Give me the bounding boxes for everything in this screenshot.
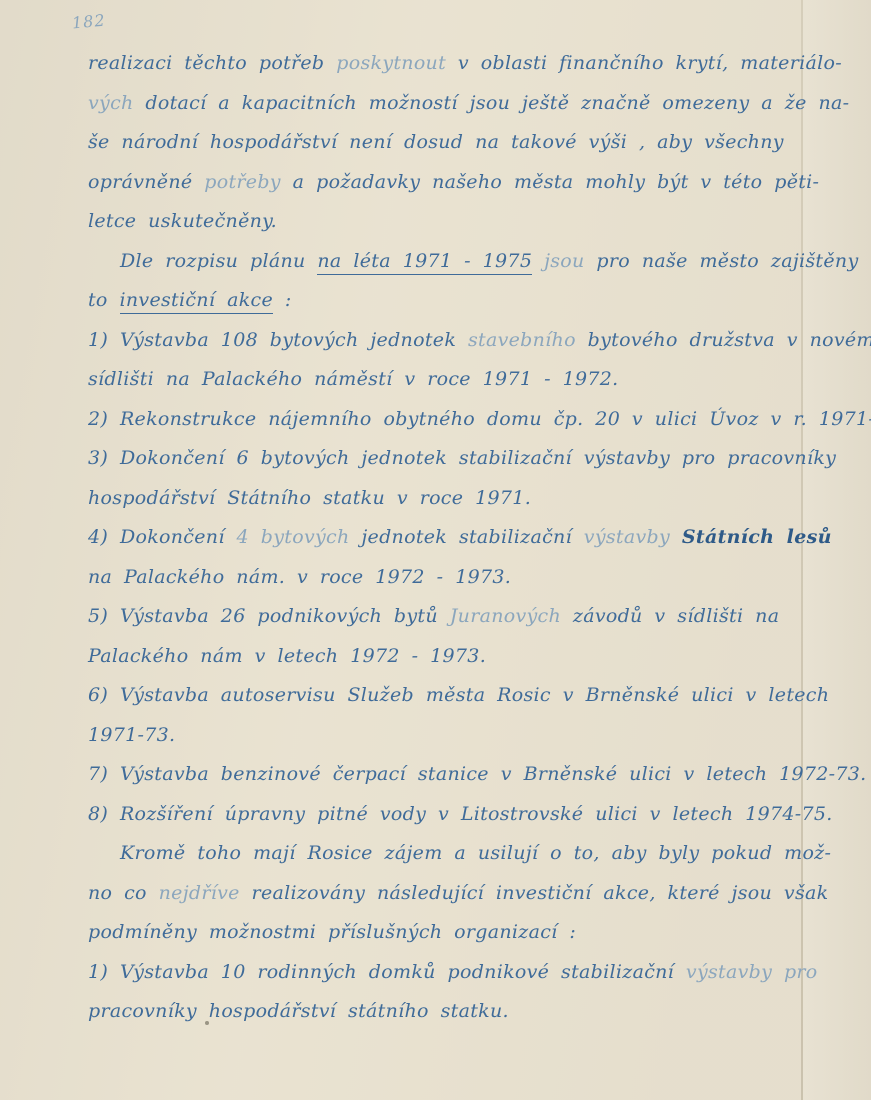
- handwritten-line: pracovníky hospodářství státního statku.: [88, 992, 824, 1032]
- handwritten-line: Dle rozpisu plánu na léta 1971 - 1975 js…: [88, 242, 824, 282]
- handwritten-line: na Palackého nám. v roce 1972 - 1973.: [88, 558, 824, 598]
- text-segment: v oblasti finančního krytí, materiálo-: [446, 52, 842, 74]
- list-item: 6) Výstavba autoservisu Služeb města Ros…: [88, 676, 824, 755]
- list-item: 2) Rekonstrukce nájemního obytného domu …: [88, 400, 824, 440]
- handwritten-line: realizaci těchto potřeb poskytnout v obl…: [88, 44, 824, 84]
- handwritten-line: 7) Výstavba benzinové čerpací stanice v …: [88, 755, 824, 795]
- list-item: 3) Dokončení 6 bytových jednotek stabili…: [88, 439, 824, 518]
- handwritten-line: podmíněny možnostmi příslušných organiza…: [88, 913, 824, 953]
- list-item: 1) Výstavba 10 rodinných domků podnikové…: [88, 953, 824, 1032]
- handwritten-line: 1) Výstavba 10 rodinných domků podnikové…: [88, 953, 824, 993]
- text-segment: realizovány následující investiční akce,…: [240, 882, 829, 904]
- text-segment: závodů v sídlišti na: [561, 605, 779, 627]
- text-segment: dotací a kapacitních možností jsou ještě…: [134, 92, 850, 114]
- text-segment: na Palackého nám. v roce 1972 - 1973.: [88, 566, 511, 588]
- handwritten-line: no co nejdříve realizovány následující i…: [88, 874, 824, 914]
- handwritten-line: hospodářství Státního statku v roce 1971…: [88, 479, 824, 519]
- text-segment: sídlišti na Palackého náměstí v roce 197…: [88, 368, 619, 390]
- handwritten-line: 1) Výstavba 108 bytových jednotek staveb…: [88, 321, 824, 361]
- paragraph: realizaci těchto potřeb poskytnout v obl…: [88, 44, 824, 242]
- text-segment: podmíněny možnostmi příslušných organiza…: [88, 921, 576, 943]
- text-segment: výstavby: [584, 526, 670, 548]
- text-segment: a požadavky našeho města mohly být v tét…: [281, 171, 819, 193]
- text-segment: stavebního: [468, 329, 576, 351]
- handwritten-line: letce uskutečněny.: [88, 202, 824, 242]
- handwritten-line: Palackého nám v letech 1972 - 1973.: [88, 637, 824, 677]
- handwritten-line: 2) Rekonstrukce nájemního obytného domu …: [88, 400, 824, 440]
- text-segment: Juranových: [450, 605, 561, 627]
- text-segment: 1) Výstavba 108 bytových jednotek: [88, 329, 468, 351]
- text-segment: bytového družstva v novém: [576, 329, 871, 351]
- list-item: 7) Výstavba benzinové čerpací stanice v …: [88, 755, 824, 795]
- page-number: 182: [71, 11, 106, 33]
- text-segment: hospodářství Státního statku v roce 1971…: [88, 487, 531, 509]
- text-segment: 7) Výstavba benzinové čerpací stanice v …: [88, 763, 867, 785]
- handwritten-line: sídlišti na Palackého náměstí v roce 197…: [88, 360, 824, 400]
- text-segment: oprávněné: [88, 171, 204, 193]
- paragraph: Dle rozpisu plánu na léta 1971 - 1975 js…: [88, 242, 824, 321]
- handwritten-line: vých dotací a kapacitních možností jsou …: [88, 84, 824, 124]
- text-segment: 2) Rekonstrukce nájemního obytného domu …: [88, 408, 871, 430]
- text-segment: letce uskutečněny.: [88, 210, 277, 232]
- text-segment: [670, 526, 682, 548]
- text-segment: še národní hospodářství není dosud na ta…: [88, 131, 784, 153]
- text-segment: vých: [88, 92, 134, 114]
- handwritten-line: 6) Výstavba autoservisu Služeb města Ros…: [88, 676, 824, 716]
- text-segment: Kromě toho mají Rosice zájem a usilují o…: [120, 842, 831, 864]
- text-segment: no co: [88, 882, 159, 904]
- handwritten-line: to investiční akce :: [88, 281, 824, 321]
- text-segment: jednotek stabilizační: [350, 526, 584, 548]
- text-segment: :: [273, 289, 292, 311]
- text-segment: poskytnout: [336, 52, 446, 74]
- text-segment: pro naše město zajištěny ty-: [585, 250, 871, 272]
- text-segment: 4 bytových: [237, 526, 350, 548]
- list-item: 1) Výstavba 108 bytových jednotek staveb…: [88, 321, 824, 400]
- text-segment: výstavby pro: [686, 961, 818, 983]
- list-item: 5) Výstavba 26 podnikových bytů Juranový…: [88, 597, 824, 676]
- text-segment: 8) Rozšíření úpravny pitné vody v Litost…: [88, 803, 833, 825]
- text-segment: 5) Výstavba 26 podnikových bytů: [88, 605, 450, 627]
- text-segment: potřeby: [204, 171, 281, 193]
- text-segment: to: [88, 289, 120, 311]
- handwritten-line: 1971-73.: [88, 716, 824, 756]
- handwritten-line: še národní hospodářství není dosud na ta…: [88, 123, 824, 163]
- text-segment: 1) Výstavba 10 rodinných domků podnikové…: [88, 961, 686, 983]
- manuscript-page: 182 realizaci těchto potřeb poskytnout v…: [0, 0, 871, 1100]
- text-segment: jsou: [544, 250, 585, 272]
- handwritten-line: Kromě toho mají Rosice zájem a usilují o…: [88, 834, 824, 874]
- list-item: 4) Dokončení 4 bytových jednotek stabili…: [88, 518, 824, 597]
- handwritten-line: oprávněné potřeby a požadavky našeho měs…: [88, 163, 824, 203]
- text-segment: 4) Dokončení: [88, 526, 237, 548]
- text-segment: 1971-73.: [88, 724, 175, 746]
- handwritten-line: 8) Rozšíření úpravny pitné vody v Litost…: [88, 795, 824, 835]
- text-segment: 3) Dokončení 6 bytových jednotek stabili…: [88, 447, 836, 469]
- handwritten-line: 3) Dokončení 6 bytových jednotek stabili…: [88, 439, 824, 479]
- text-segment: Palackého nám v letech 1972 - 1973.: [88, 645, 486, 667]
- text-segment: 6) Výstavba autoservisu Služeb města Ros…: [88, 684, 829, 706]
- text-segment: nejdříve: [159, 882, 240, 904]
- handwritten-line: 5) Výstavba 26 podnikových bytů Juranový…: [88, 597, 824, 637]
- paper-speck: [205, 1021, 209, 1025]
- text-segment: realizaci těchto potřeb: [88, 52, 336, 74]
- text-segment: [532, 250, 544, 272]
- handwritten-content: realizaci těchto potřeb poskytnout v obl…: [88, 44, 824, 1032]
- text-segment: pracovníky hospodářství státního statku.: [88, 1000, 509, 1022]
- list-item: 8) Rozšíření úpravny pitné vody v Litost…: [88, 795, 824, 835]
- handwritten-line: 4) Dokončení 4 bytových jednotek stabili…: [88, 518, 824, 558]
- paragraph: Kromě toho mají Rosice zájem a usilují o…: [88, 834, 824, 953]
- text-segment: Dle rozpisu plánu: [120, 250, 317, 272]
- underlined-text: investiční akce: [120, 289, 273, 314]
- text-segment: Státních lesů: [682, 526, 832, 548]
- underlined-text: na léta 1971 - 1975: [317, 250, 532, 275]
